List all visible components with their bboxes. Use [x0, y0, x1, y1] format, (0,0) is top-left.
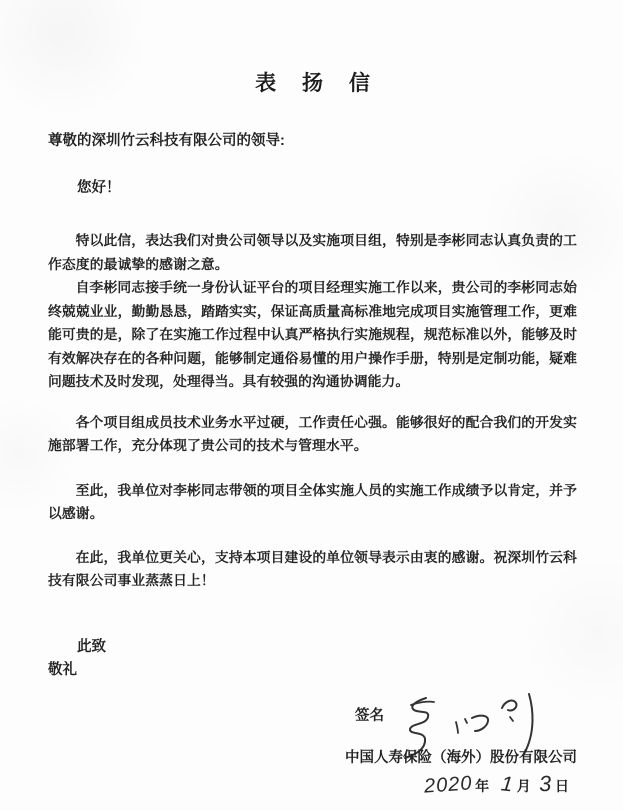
paragraph-affirmation: 至此，我单位对李彬同志带领的项目全体实施人员的实施工作成绩予以肯定，并予以感谢。 — [48, 479, 577, 526]
date-year-suffix: 年 — [475, 778, 491, 794]
paragraph-wishes: 在此，我单位更关心，支持本项目建设的单位领导表示由衷的感谢。祝深圳竹云科技有限公… — [48, 546, 577, 593]
closing-jingli: 敬礼 — [48, 660, 577, 680]
salutation: 尊敬的深圳竹云科技有限公司的领导: — [48, 131, 577, 151]
paragraph-team-skill: 各个项目组成员技术业务水平过硬，工作责任心强。能够很好的配合我们的开发实施部署工… — [48, 411, 577, 458]
date-month-suffix: 月 — [517, 778, 533, 794]
letter-page: 表 扬 信 尊敬的深圳竹云科技有限公司的领导: 您好！ 特以此信，表达我们对贵公… — [0, 0, 623, 811]
greeting: 您好！ — [48, 178, 577, 198]
date-month-handwritten: 1 — [500, 771, 515, 798]
date-year-handwritten: 2020 — [423, 770, 473, 799]
date-day-suffix: 日 — [555, 778, 571, 794]
date-day-handwritten: 3 — [538, 770, 553, 797]
company-name: 中国人寿保险（海外）股份有限公司 — [48, 748, 577, 768]
paragraph-libin-performance: 自李彬同志接手统一身份认证平台的项目经理实施工作以来，贵公司的李彬同志始终兢兢业… — [48, 276, 577, 394]
closing-cizhi: 此致 — [48, 637, 577, 657]
signature-label: 签名 — [355, 698, 384, 726]
signature-row: 签名 — [355, 698, 577, 748]
paragraph-thanks-intro: 特以此信，表达我们对贵公司领导以及实施项目组，特别是李彬同志认真负责的工作态度的… — [48, 229, 577, 276]
date-line: 2020年1月3日 — [48, 771, 571, 799]
letter-title: 表 扬 信 — [48, 72, 577, 96]
